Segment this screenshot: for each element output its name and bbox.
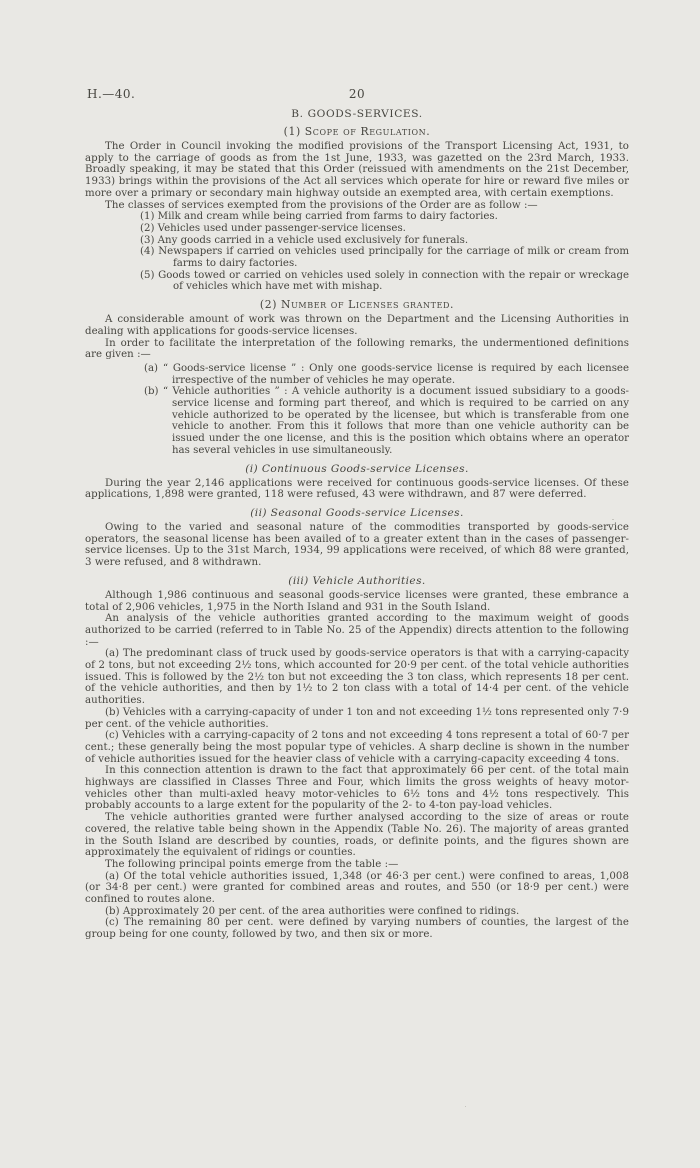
- heading-vehicle-authorities: (iii) Vehicle Authorities.: [85, 575, 629, 587]
- page-content: H.—40. 20 B. GOODS-SERVICES. (1) Scope o…: [85, 87, 629, 941]
- section-title: B. GOODS-SERVICES.: [85, 108, 629, 120]
- paragraph-continuous-stats: During the year 2,146 applications were …: [85, 478, 629, 501]
- exemption-item-2: (2) Vehicles used under passenger-servic…: [85, 223, 629, 235]
- paragraph-principal-points-intro: The following principal points emerge fr…: [85, 859, 629, 871]
- paragraph-definitions-intro: In order to facilitate the interpretatio…: [85, 338, 629, 361]
- definition-vehicle-authorities: (b) “ Vehicle authorities ” : A vehicle …: [85, 386, 629, 456]
- scan-speckle: [465, 1106, 466, 1107]
- paragraph-areas-routes-analysis: The vehicle authorities granted were fur…: [85, 812, 629, 859]
- paragraph-classes-exempted-intro: The classes of services exempted from th…: [85, 200, 629, 212]
- page-number: 20: [85, 87, 629, 101]
- page-header: H.—40. 20: [85, 87, 629, 101]
- scanned-report-page: H.—40. 20 B. GOODS-SERVICES. (1) Scope o…: [0, 0, 700, 1168]
- exemption-item-1: (1) Milk and cream while being carried f…: [85, 211, 629, 223]
- paragraph-point-b-under-1-ton: (b) Vehicles with a carrying-capacity of…: [85, 707, 629, 730]
- exemptions-list: (1) Milk and cream while being carried f…: [85, 211, 629, 293]
- paragraph-point-a-truck-class: (a) The predominant class of truck used …: [85, 648, 629, 707]
- paragraph-table-point-c: (c) The remaining 80 per cent. were defi…: [85, 917, 629, 940]
- paragraph-analysis-weight: An analysis of the vehicle authorities g…: [85, 613, 629, 648]
- definition-goods-service-license: (a) “ Goods-service license ” : Only one…: [85, 363, 629, 386]
- exemption-item-3: (3) Any goods carried in a vehicle used …: [85, 235, 629, 247]
- heading-seasonal-licenses: (ii) Seasonal Goods-service Licenses.: [85, 507, 629, 519]
- heading-continuous-licenses: (i) Continuous Goods-service Licenses.: [85, 463, 629, 475]
- heading-number-of-licenses: (2) Number of Licenses granted.: [85, 298, 629, 311]
- exemption-item-5: (5) Goods towed or carried on vehicles u…: [85, 270, 629, 293]
- heading-scope-of-regulation: (1) Scope of Regulation.: [85, 125, 629, 138]
- paragraph-order-in-council: The Order in Council invoking the modifi…: [85, 141, 629, 200]
- paragraph-seasonal-stats: Owing to the varied and seasonal nature …: [85, 522, 629, 569]
- paragraph-point-c-2-to-4-tons: (c) Vehicles with a carrying-capacity of…: [85, 730, 629, 765]
- paragraph-considerable-work: A considerable amount of work was thrown…: [85, 314, 629, 337]
- paragraph-licenses-granted-totals: Although 1,986 continuous and seasonal g…: [85, 590, 629, 613]
- paragraph-table-point-b: (b) Approximately 20 per cent. of the ar…: [85, 906, 629, 918]
- paragraph-highway-classes: In this connection attention is drawn to…: [85, 765, 629, 812]
- exemption-item-4: (4) Newspapers if carried on vehicles us…: [85, 246, 629, 269]
- definitions-list: (a) “ Goods-service license ” : Only one…: [85, 363, 629, 457]
- paragraph-table-point-a: (a) Of the total vehicle authorities iss…: [85, 871, 629, 906]
